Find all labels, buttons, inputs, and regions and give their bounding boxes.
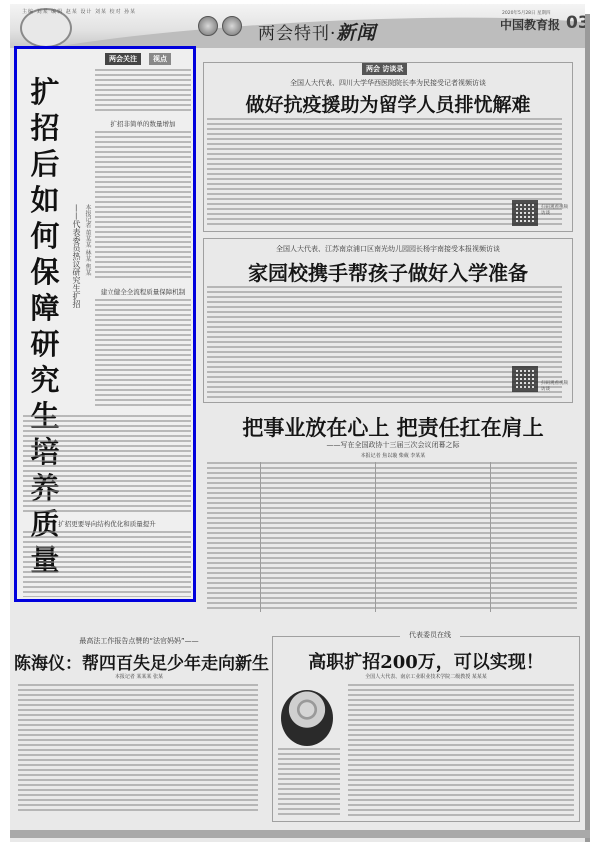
story2-kicker: 全国人大代表、江苏南京浦口区南光幼儿园园长杨宇南接受本报视频访谈 [203,244,573,254]
feature-body-text [23,531,191,597]
feature-body-text [95,299,191,409]
feature-tag-badge: 视点 [149,53,171,65]
section-title-suffix: 新闻 [336,22,376,44]
feature-subhead-3: 扩招更要导向结构优化和质量提升 [23,519,191,528]
feature-body-text [95,69,191,114]
paper-name: 中国教育报 [500,16,560,33]
feature-tag: 两会关注 [105,53,141,65]
story5-caption-text [278,748,340,816]
story5-body-text [348,684,574,816]
story1-tag: 两会 访谈录 [362,63,407,75]
editor-credits: 主编 刘某 编辑 赵某 设计 刘某 校对 孙某 [22,8,136,15]
qr-code-icon[interactable] [512,200,538,226]
feature-byline: 本报记者 董某某 林某 焦某 [83,204,92,276]
column-rule [490,462,491,612]
story4-headline[interactable]: 陈海仪：帮四百失足少年走向新生 [14,649,264,674]
story4-byline: 本报记者 某某某 张某 [14,673,264,680]
story3-body-text [207,462,577,612]
story4-body-text [18,684,258,814]
story5-headline[interactable]: 高职扩招200万，可以实现！ [272,648,580,674]
story2-headline[interactable]: 家园校携手帮孩子做好入学准备 [203,257,573,286]
story1-headline[interactable]: 做好抗疫援助为留学人员排忧解难 [203,90,573,117]
story2-qr-caption: 扫码观看视频访谈 [541,381,569,393]
feature-body-text [95,131,191,281]
story3-subtitle: ——写在全国政协十三届三次会议闭幕之际 [203,440,583,450]
qr-code-icon[interactable] [512,366,538,392]
column-rule [375,462,376,612]
feature-subtitle: ——代表委员热议研究生扩招 [71,204,81,308]
column-rule [260,462,261,612]
story3-headline[interactable]: 把事业放在心上 把责任扛在肩上 [203,412,583,442]
section-title-main: 两会特刊 [258,24,330,44]
page-shadow [585,14,590,842]
national-emblem-icon [198,16,218,36]
feature-body-text [23,415,191,515]
cppcc-emblem-icon [222,16,242,36]
feature-article-highlighted[interactable]: 两会关注 视点 扩招后如何保障研究生培养质量 ——代表委员热议研究生扩招 本报记… [14,46,196,602]
masthead: 主编 刘某 编辑 赵某 设计 刘某 校对 孙某 两会特刊·新闻 2020年5月2… [10,4,585,48]
page-number: 03 [566,13,585,33]
story4-kicker: 最高法工作报告点赞的“法官妈妈”—— [14,636,264,646]
story1-kicker: 全国人大代表、四川大学华西医院院长李为民接受记者视频访谈 [203,78,573,88]
story2-body-text [207,286,562,398]
section-title: 两会特刊·新闻 [258,18,376,45]
story1-qr-caption: 扫码观看视频访谈 [541,205,569,217]
story3-byline: 本报记者 焦以璇 柴葳 李某某 [203,452,583,459]
feature-subhead-1: 扩招非简单的数量增加 [95,119,191,128]
story5-kicker: 全国人大代表、南京工业职业技术学院二级教授 某某某 [272,673,580,680]
story1-body-text [207,118,562,228]
delegate-portrait [281,690,333,746]
feature-subhead-2: 建立健全全流程质量保障机制 [95,287,191,296]
page-shadow-bottom [10,830,590,838]
story5-tag: 代表委员在线 [400,630,460,640]
